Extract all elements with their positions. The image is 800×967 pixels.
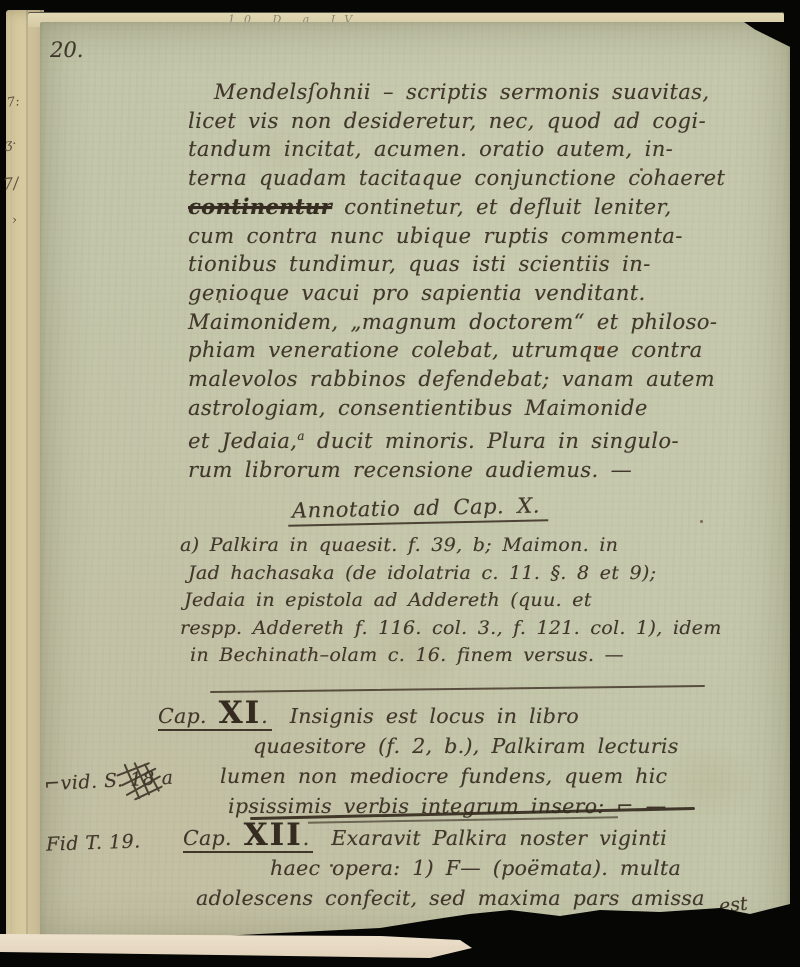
manuscript-line: phiam veneratione colebat, utrumque cont… xyxy=(188,336,780,365)
chapter-12-block: Cap. XII. Exaravit Palkira noster vigint… xyxy=(183,820,800,913)
scan-background: { "page": { "number": "20.", "top_pencil… xyxy=(0,0,800,967)
edge-ink-fragment: ʒ· xyxy=(5,138,17,152)
manuscript-line: malevolos rabbinos defendebat; vanam aut… xyxy=(188,365,780,394)
line-text: Exaravit Palkira noster viginti xyxy=(319,826,667,850)
manuscript-line: respp. Addereth f. 116. col. 3., f. 121.… xyxy=(180,615,790,643)
line-text: continetur, et defluit leniter, xyxy=(332,195,671,219)
manuscript-line: astrologiam, consentientibus Maimonide xyxy=(188,394,780,423)
manuscript-line: in Bechinath–olam c. 16. finem versus. — xyxy=(190,642,790,670)
manuscript-line: tionibus tundimur, quas isti scientiis i… xyxy=(188,250,780,279)
manuscript-line: lumen non mediocre fundens, quem hic xyxy=(220,761,778,791)
manuscript-line: Cap. XI. Insignis est locus in libro xyxy=(158,698,778,731)
footnote-mark: a xyxy=(297,429,305,443)
chapter-numeral: XI xyxy=(219,695,262,731)
paper-speck xyxy=(700,520,703,523)
chapter-dot: . xyxy=(303,826,310,850)
manuscript-line: adolescens confecit, sed maxima pars ami… xyxy=(196,883,800,913)
page-number: 20. xyxy=(50,38,83,62)
line-text: et Jedaia, xyxy=(188,429,297,453)
chapter-word: Cap. xyxy=(183,826,232,850)
annotation-heading: Annotatio ad Cap. X. xyxy=(288,493,548,526)
manuscript-line: genioque vacui pro sapientia venditant. xyxy=(188,279,780,308)
separator-rule xyxy=(210,685,705,693)
main-paragraph: Mendelsſohnii – scriptis sermonis suavit… xyxy=(188,78,780,485)
manuscript-line: Jad hachasaka (de idolatria c. 11. §. 8 … xyxy=(188,560,790,588)
edge-ink-fragment: 7/ xyxy=(2,175,19,193)
manuscript-line: et Jedaia,a ducit minoris. Plura in sing… xyxy=(188,422,780,456)
chapter-numeral: XII xyxy=(244,817,303,853)
annotation-block: a) Palkira in quaesit. f. 39, b; Maimon.… xyxy=(180,532,790,670)
manuscript-page: 20. Mendelsſohnii – scriptis sermonis su… xyxy=(40,22,790,942)
manuscript-line: a) Palkira in quaesit. f. 39, b; Maimon.… xyxy=(180,532,790,560)
manuscript-line: continentur continetur, et defluit lenit… xyxy=(188,193,780,222)
manuscript-line: quaesitore (f. 2, b.), Palkiram lecturis xyxy=(253,731,778,761)
manuscript-line: tandum incitat, acumen. oratio autem, in… xyxy=(188,135,780,164)
chapter-dot: . xyxy=(261,704,268,728)
manuscript-line: licet vis non desideretur, nec, quod ad … xyxy=(188,107,780,136)
manuscript-line: Cap. XII. Exaravit Palkira noster vigint… xyxy=(183,820,800,853)
manuscript-line: Mendelsſohnii – scriptis sermonis suavit… xyxy=(188,78,780,107)
manuscript-line: haec opera: 1) F— (poëmata). multa xyxy=(270,853,800,883)
line-text: ducit minoris. Plura in singulo- xyxy=(305,429,679,453)
chapter-word: Cap. xyxy=(158,704,207,728)
chapter-label: Cap. XII. xyxy=(183,826,313,853)
manuscript-scan: 7: ʒ· 7/ › 10 D a IV 20. Mendelsſohnii –… xyxy=(0,0,800,967)
manuscript-line: Maimonidem, „magnum doctorem“ et philoso… xyxy=(188,308,780,337)
manuscript-line: rum librorum recensione audiemus. — xyxy=(188,456,780,485)
line-text: ⌐ — xyxy=(604,794,666,818)
manuscript-line: cum contra nunc ubique ruptis commenta- xyxy=(188,222,780,251)
crosshatch-mark xyxy=(115,760,164,801)
edge-ink-fragment: 7: xyxy=(6,95,20,110)
chapter-label: Cap. XI. xyxy=(158,704,272,731)
line-text: Insignis est locus in libro xyxy=(278,704,579,728)
chapter-11-block: Cap. XI. Insignis est locus in libro qua… xyxy=(158,698,778,821)
margin-note: Fid T. 19. xyxy=(46,830,141,855)
manuscript-line: Jedaia in epistola ad Addereth (quu. et xyxy=(184,587,790,615)
manuscript-line: terna quadam tacitaque conjunctione coha… xyxy=(188,164,780,193)
struck-word: continentur xyxy=(188,194,332,219)
